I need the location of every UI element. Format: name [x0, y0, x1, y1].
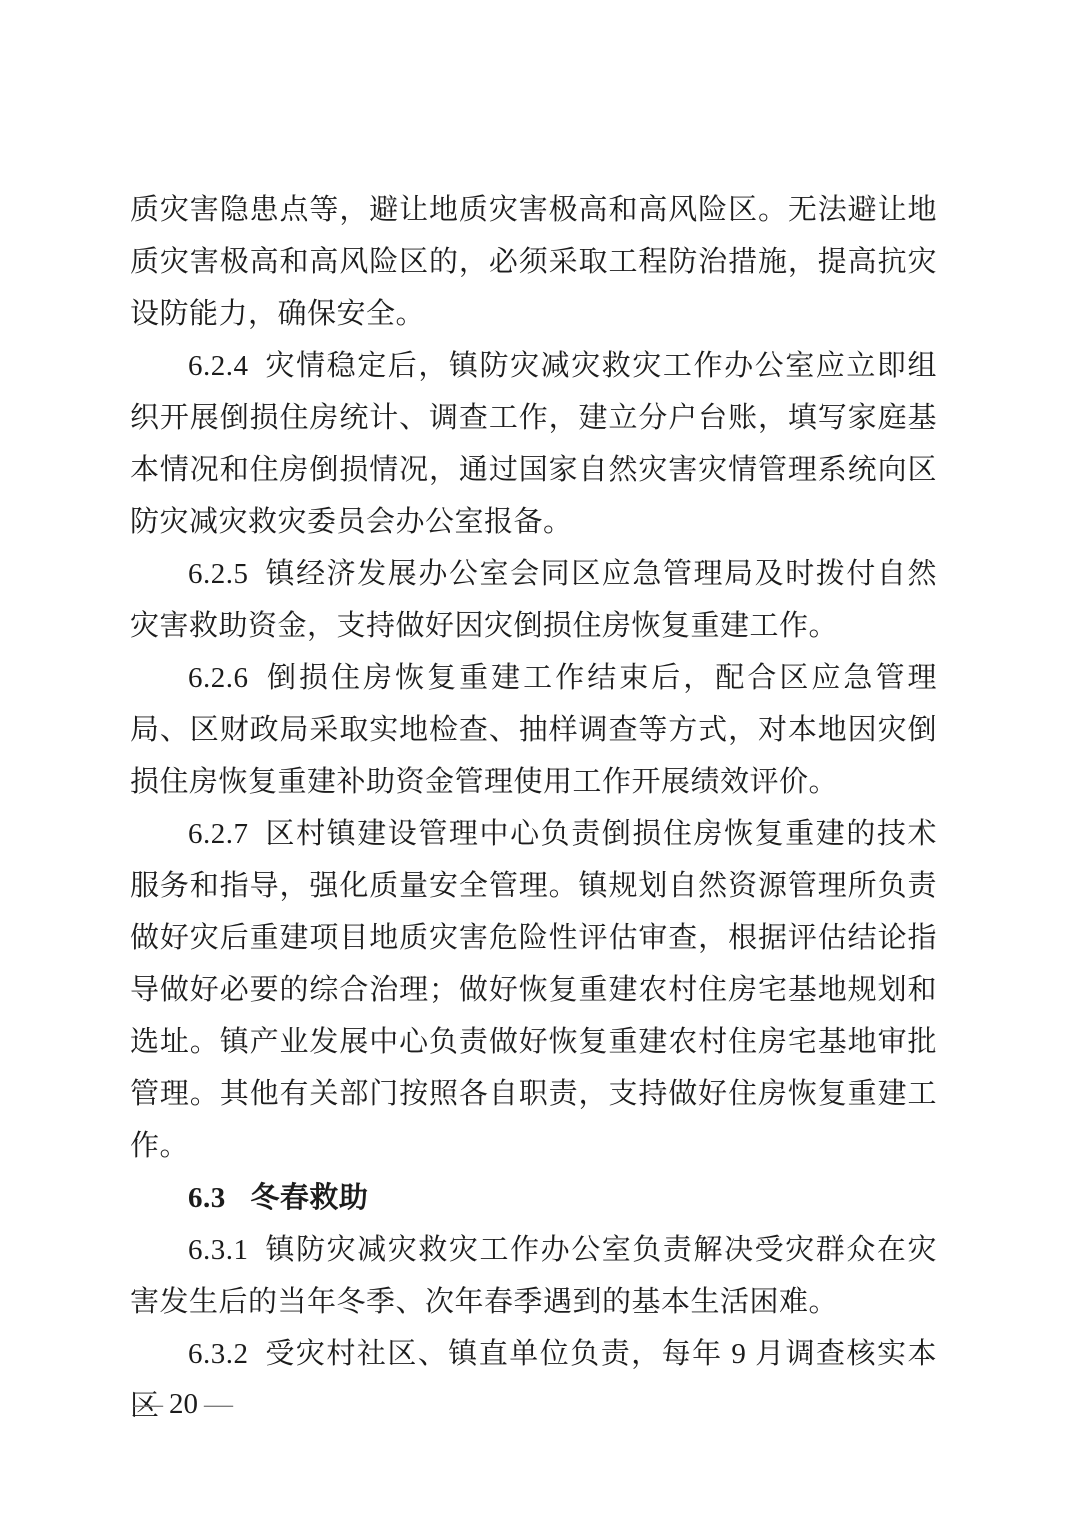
- footer-dash-left: —: [128, 1388, 169, 1420]
- body-text: 质灾害隐患点等，避让地质灾害极高和高风险区。无法避让地质灾害极高和高风险区的，必…: [130, 184, 937, 1432]
- section-number: 6.3.1: [188, 1234, 249, 1266]
- section-number: 6.3: [188, 1182, 226, 1214]
- paragraph-text: 区村镇建设管理中心负责倒损住房恢复重建的技术服务和指导，强化质量安全管理。镇规划…: [130, 818, 937, 1162]
- paragraph-text: 倒损住房恢复重建工作结束后，配合区应急管理局、区财政局采取实地检查、抽样调查等方…: [130, 662, 937, 798]
- section-number: 6.3.2: [188, 1338, 249, 1370]
- paragraph-6-2-5: 6.2.5镇经济发展办公室会同区应急管理局及时拨付自然灾害救助资金，支持做好因灾…: [130, 548, 937, 652]
- section-heading-6-3: 6.3冬春救助: [130, 1172, 937, 1224]
- section-number: 6.2.4: [188, 350, 249, 382]
- paragraph-6-2-6: 6.2.6倒损住房恢复重建工作结束后，配合区应急管理局、区财政局采取实地检查、抽…: [130, 652, 937, 808]
- heading-text: 冬春救助: [250, 1182, 368, 1214]
- section-number: 6.2.6: [188, 662, 249, 694]
- paragraph-text: 灾情稳定后，镇防灾减灾救灾工作办公室应立即组织开展倒损住房统计、调查工作，建立分…: [130, 350, 937, 538]
- paragraph-text: 镇防灾减灾救灾工作办公室负责解决受灾群众在灾害发生后的当年冬季、次年春季遇到的基…: [130, 1234, 937, 1318]
- document-page: { "content": { "paragraphs": [ { "label"…: [0, 0, 1074, 1520]
- paragraph-continuation: 质灾害隐患点等，避让地质灾害极高和高风险区。无法避让地质灾害极高和高风险区的，必…: [130, 184, 937, 340]
- paragraph-text: 受灾村社区、镇直单位负责，每年 9 月调查核实本区: [130, 1338, 937, 1422]
- page-number: 20: [169, 1388, 198, 1420]
- page-background: 质灾害隐患点等，避让地质灾害极高和高风险区。无法避让地质灾害极高和高风险区的，必…: [0, 0, 1074, 1520]
- paragraph-6-2-4: 6.2.4灾情稳定后，镇防灾减灾救灾工作办公室应立即组织开展倒损住房统计、调查工…: [130, 340, 937, 548]
- section-number: 6.2.5: [188, 558, 249, 590]
- paragraph-text: 镇经济发展办公室会同区应急管理局及时拨付自然灾害救助资金，支持做好因灾倒损住房恢…: [130, 558, 937, 642]
- page-footer: —20—: [128, 1387, 239, 1421]
- paragraph-6-3-1: 6.3.1镇防灾减灾救灾工作办公室负责解决受灾群众在灾害发生后的当年冬季、次年春…: [130, 1224, 937, 1328]
- paragraph-text: 质灾害隐患点等，避让地质灾害极高和高风险区。无法避让地质灾害极高和高风险区的，必…: [130, 194, 937, 330]
- paragraph-6-2-7: 6.2.7区村镇建设管理中心负责倒损住房恢复重建的技术服务和指导，强化质量安全管…: [130, 808, 937, 1172]
- paragraph-6-3-2: 6.3.2受灾村社区、镇直单位负责，每年 9 月调查核实本区: [130, 1328, 937, 1432]
- section-number: 6.2.7: [188, 818, 249, 850]
- footer-dash-right: —: [198, 1388, 239, 1420]
